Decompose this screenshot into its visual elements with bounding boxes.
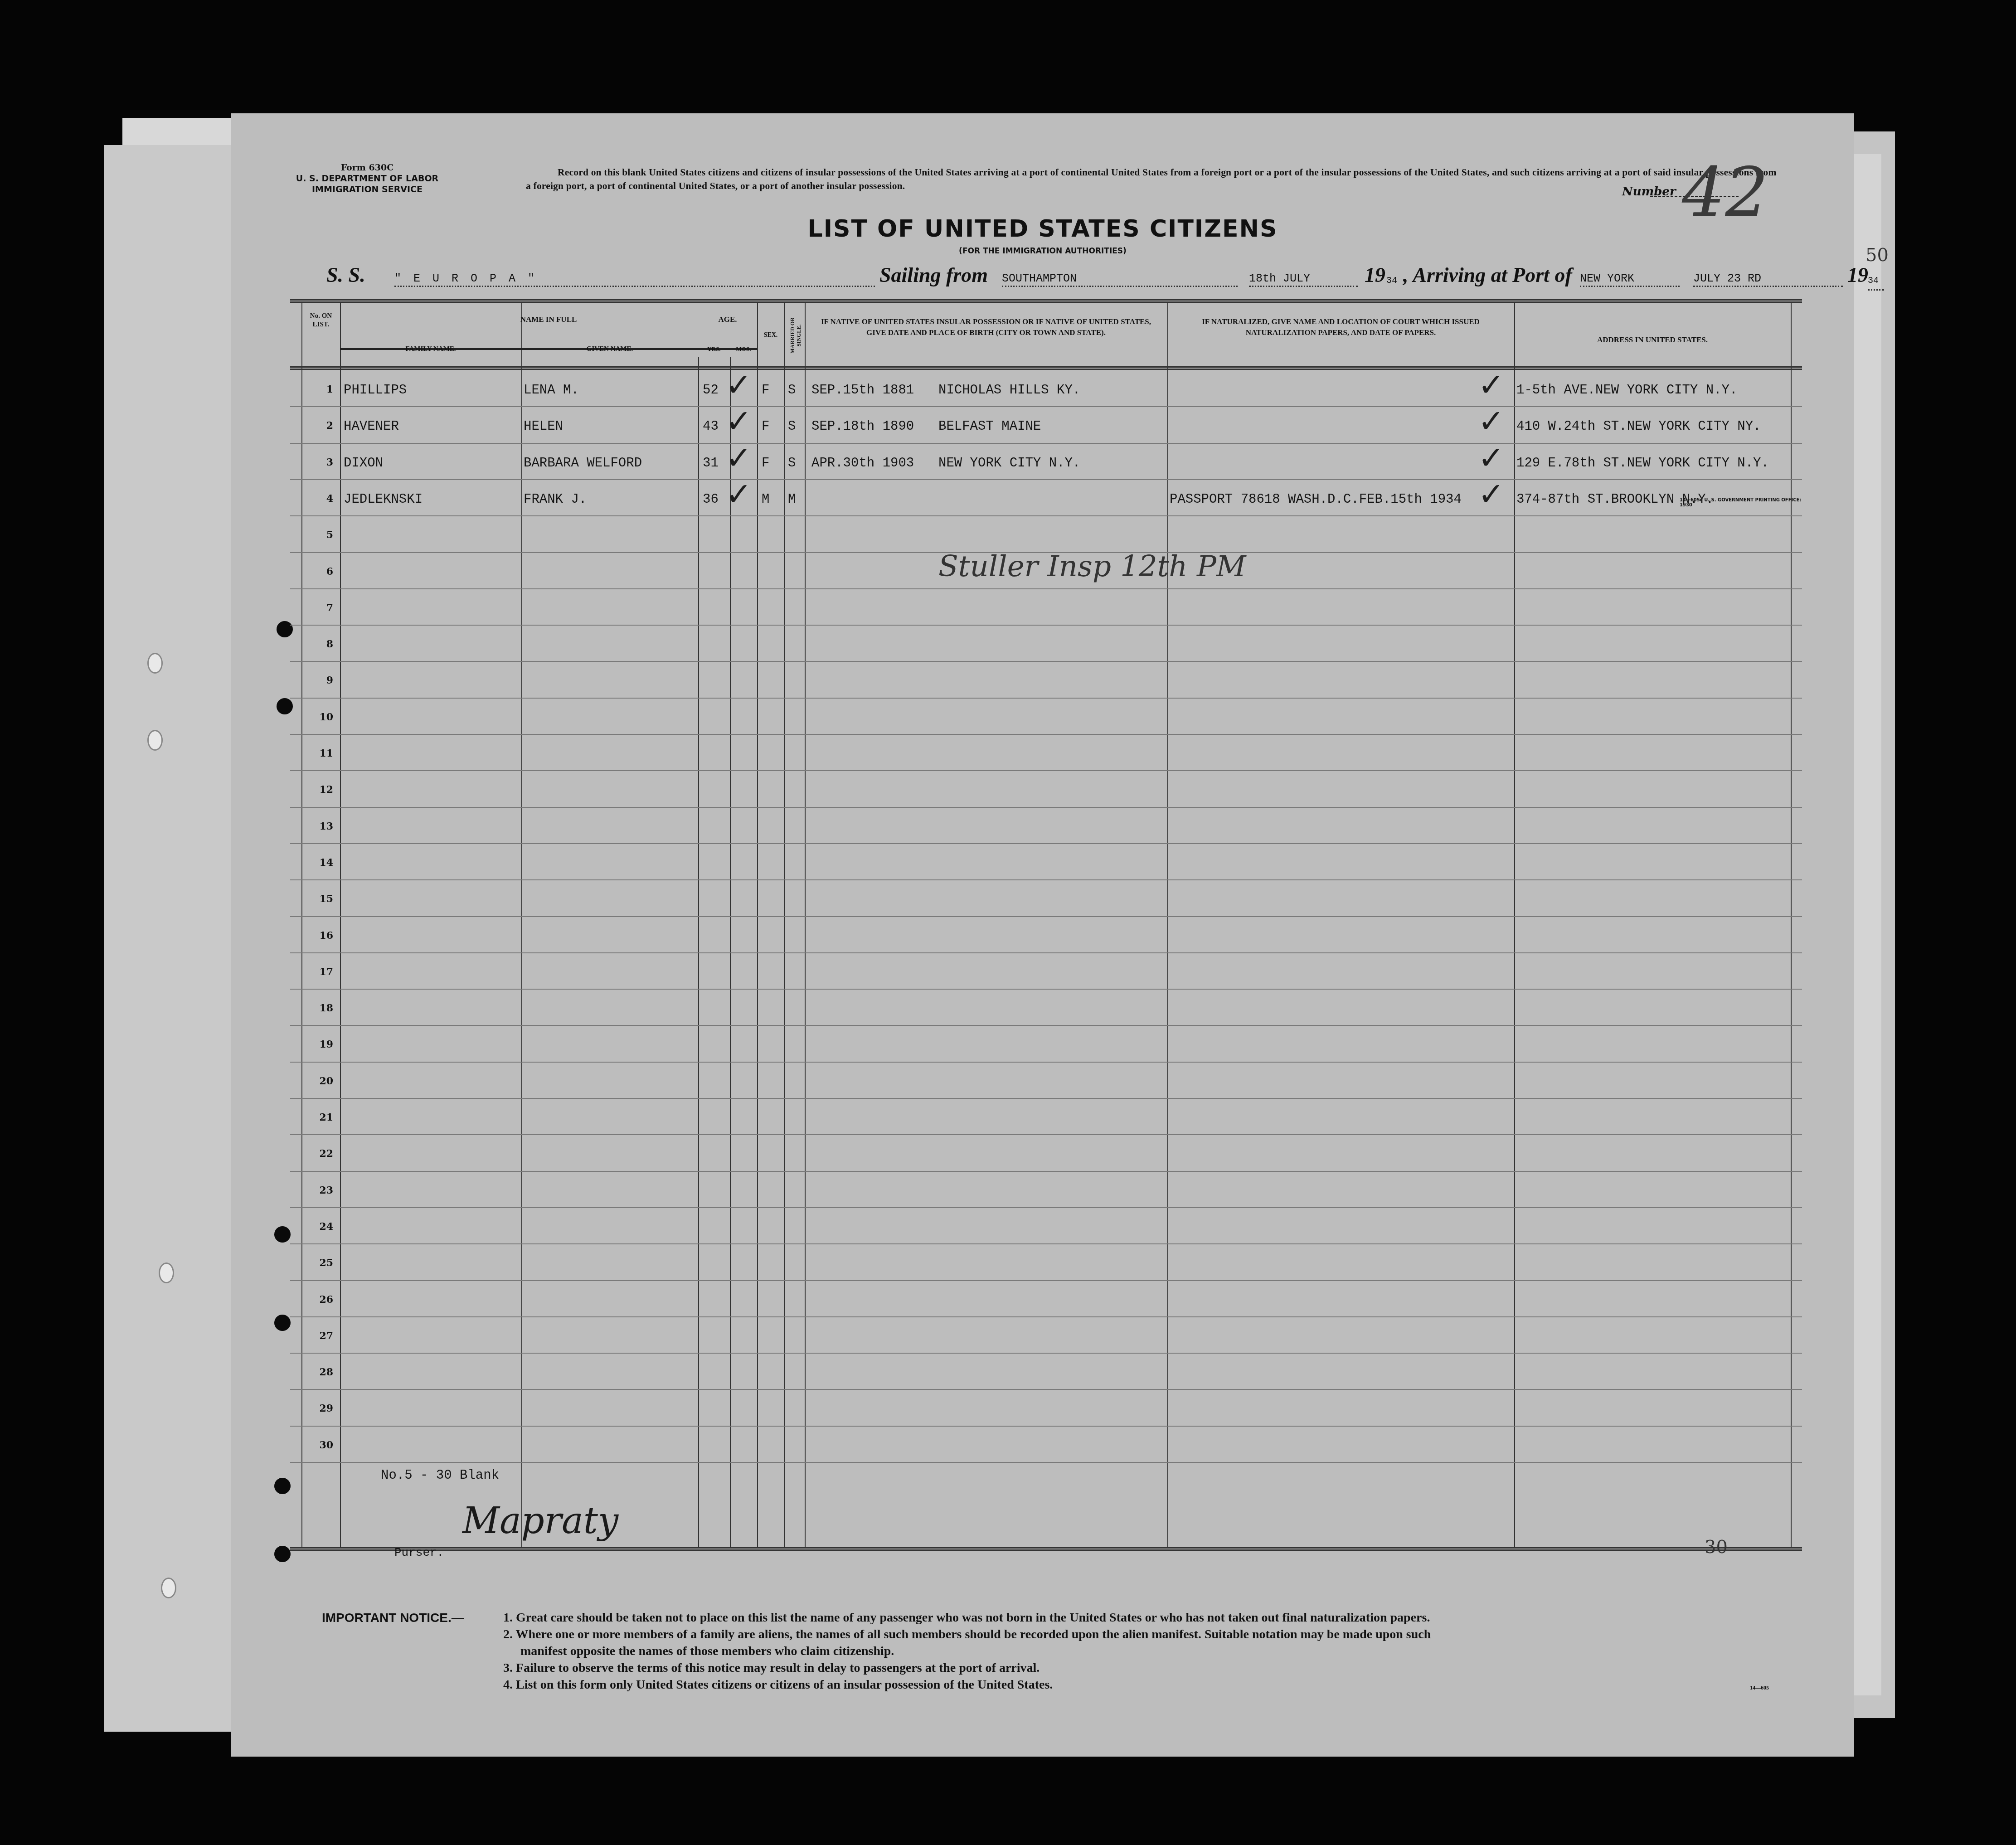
header-bottom-rule [290, 366, 1802, 370]
birth-place-cell: NICHOLAS HILLS KY. [938, 383, 1080, 398]
given-name-cell: BARBARA WELFORD [524, 456, 642, 471]
punch-hole [159, 1262, 174, 1283]
row-rule [290, 443, 1802, 444]
marital-status-cell: S [788, 456, 796, 471]
header-mos: MOS. [730, 344, 757, 354]
header-married-single: MARRIED OR SINGLE. [789, 306, 802, 365]
header-no-on-list: No. ON LIST. [303, 312, 339, 329]
check-mark-icon: ✓ [1478, 369, 1505, 401]
row-number: 8 [306, 638, 333, 650]
check-mark-icon: ✓ [1478, 478, 1505, 510]
header-name-in-full: NAME IN FULL [340, 314, 757, 325]
check-mark-icon: ✓ [1478, 442, 1505, 474]
family-name-cell: DIXON [344, 456, 383, 471]
punch-hole [161, 1578, 176, 1598]
marital-status-cell: M [788, 492, 796, 507]
check-mark-icon: ✓ [725, 478, 752, 510]
address-cell: 410 W.24th ST.NEW YORK CITY NY. [1516, 419, 1761, 434]
row-number: 22 [306, 1148, 333, 1160]
row-number: 20 [306, 1075, 333, 1087]
header-sex: SEX. [757, 330, 784, 341]
row-number: 9 [306, 675, 333, 686]
row-rule [290, 807, 1802, 808]
service-name: IMMIGRATION SERVICE [231, 184, 503, 195]
row-number: 24 [306, 1221, 333, 1233]
row-number: 4 [306, 493, 333, 505]
notice-heading: IMPORTANT NOTICE.— [322, 1609, 464, 1626]
arrival-year: 34 [1868, 276, 1884, 291]
blank-rows-note: No.5 - 30 Blank [381, 1468, 499, 1483]
row-number: 5 [306, 529, 333, 541]
arrival-date-field: JULY 23 RD [1693, 272, 1843, 287]
row-number: 11 [306, 748, 333, 759]
column-rule [1791, 303, 1792, 1547]
row-number: 2 [306, 420, 333, 432]
row-number: 29 [306, 1403, 333, 1414]
column-rule [805, 303, 806, 1547]
row-rule [290, 588, 1802, 589]
row-number: 7 [306, 602, 333, 614]
notice-item-2-continued: manifest opposite the names of those mem… [503, 1643, 1818, 1660]
page-subtitle: (FOR THE IMMIGRATION AUTHORITIES) [231, 247, 1854, 256]
row-number: 14 [306, 857, 333, 869]
age-years-cell: 43 [703, 419, 719, 434]
sex-cell: F [762, 419, 769, 434]
age-years-cell: 36 [703, 492, 719, 507]
sailing-label: Sailing from [879, 263, 988, 287]
row-rule [290, 661, 1802, 662]
ship-name-field: " E U R O P A " [394, 272, 875, 287]
row-rule [290, 1171, 1802, 1172]
row-rule [290, 515, 1802, 516]
sex-cell: F [762, 456, 769, 471]
row-rule [290, 952, 1802, 953]
row-rule [290, 1426, 1802, 1427]
check-mark-icon: ✓ [1478, 405, 1505, 437]
row-rule [290, 479, 1802, 480]
header-given-name: GIVEN NAME. [521, 344, 698, 354]
row-rule [290, 989, 1802, 990]
marital-status-cell: S [788, 419, 796, 434]
form-instructions: Record on this blank United States citiz… [526, 165, 1777, 193]
row-number: 27 [306, 1330, 333, 1342]
punch-hole [147, 730, 163, 751]
row-number: 15 [306, 893, 333, 905]
row-rule [290, 698, 1802, 699]
row-rule [290, 879, 1802, 880]
row-rule [290, 1243, 1802, 1244]
check-mark-icon: ✓ [725, 369, 752, 401]
arrival-port-field: NEW YORK [1580, 272, 1680, 287]
row-number: 16 [306, 930, 333, 942]
header-naturalized: IF NATURALIZED, GIVE NAME AND LOCATION O… [1174, 316, 1507, 338]
row-number: 17 [306, 966, 333, 978]
birth-date-cell: SEP.15th 1881 [811, 383, 914, 398]
row-rule [290, 1062, 1802, 1063]
passenger-table: 14—605c U. S. GOVERNMENT PRINTING OFFICE… [290, 299, 1802, 1551]
notice-item-3: 3. Failure to observe the terms of this … [503, 1660, 1818, 1676]
row-rule [290, 1316, 1802, 1317]
form-identifier: Form 630C U. S. DEPARTMENT OF LABOR IMMI… [231, 162, 503, 195]
given-name-cell: LENA M. [524, 383, 579, 398]
row-number: 10 [306, 711, 333, 723]
row-number: 6 [306, 566, 333, 578]
row-number: 13 [306, 821, 333, 832]
row-rule [290, 1098, 1802, 1099]
form-number: Form 630C [231, 162, 503, 173]
punch-hole [147, 653, 163, 674]
birth-place-cell: BELFAST MAINE [938, 419, 1041, 434]
row-number: 23 [306, 1185, 333, 1196]
department-name: U. S. DEPARTMENT OF LABOR [231, 173, 503, 184]
purser-signature: Mapraty [462, 1500, 618, 1542]
row-rule [290, 843, 1802, 844]
sailing-date-field: 18th JULY [1249, 272, 1358, 287]
naturalization-cell: PASSPORT 78618 WASH.D.C.FEB.15th 1934 [1170, 492, 1462, 507]
header-age: AGE. [698, 314, 757, 325]
row-number: 30 [306, 1439, 333, 1451]
underlying-page [104, 145, 240, 1732]
address-cell: 129 E.78th ST.NEW YORK CITY N.Y. [1516, 456, 1769, 471]
row-number: 18 [306, 1002, 333, 1014]
row-rule [290, 406, 1802, 407]
family-name-cell: JEDLEKNSKI [344, 492, 423, 507]
row-rule [290, 1280, 1802, 1281]
row-rule [290, 1353, 1802, 1354]
page-count-handwritten: 30 [1705, 1537, 1728, 1558]
check-mark-icon: ✓ [725, 442, 752, 474]
notice-item-2: 2. Where one or more members of a family… [503, 1626, 1818, 1643]
voyage-line: S. S. " E U R O P A " Sailing from SOUTH… [231, 258, 1854, 290]
column-rule [1514, 303, 1515, 1547]
header-address: ADDRESS IN UNITED STATES. [1514, 335, 1791, 345]
manifest-sheet: Form 630C U. S. DEPARTMENT OF LABOR IMMI… [231, 113, 1854, 1757]
row-rule [290, 770, 1802, 771]
marital-status-cell: S [788, 383, 796, 398]
punch-hole [274, 1226, 291, 1243]
birth-place-cell: NEW YORK CITY N.Y. [938, 456, 1080, 471]
address-cell: 1-5th AVE.NEW YORK CITY N.Y. [1516, 383, 1737, 398]
row-rule [290, 1134, 1802, 1135]
header-family-name: FAMILY NAME. [340, 344, 521, 354]
row-number: 12 [306, 784, 333, 796]
row-number: 1 [306, 384, 333, 395]
notice-code: 14—605 [1750, 1680, 1769, 1696]
check-mark-icon: ✓ [725, 405, 752, 437]
header-yrs: YRS. [698, 344, 730, 354]
sex-cell: M [762, 492, 769, 507]
address-cell: 374-87th ST.BROOKLYN N.Y. [1516, 492, 1714, 507]
column-rule [784, 303, 785, 1547]
row-rule [290, 1025, 1802, 1026]
birth-date-cell: APR.30th 1903 [811, 456, 914, 471]
column-rule [301, 303, 302, 1547]
column-rule [757, 303, 758, 1547]
given-name-cell: HELEN [524, 419, 563, 434]
year-prefix: 19 [1847, 263, 1868, 287]
sex-cell: F [762, 383, 769, 398]
family-name-cell: PHILLIPS [344, 383, 407, 398]
row-rule [290, 916, 1802, 917]
row-number: 19 [306, 1039, 333, 1050]
row-rule [290, 1462, 1802, 1463]
row-rule [290, 734, 1802, 735]
page-title: LIST OF UNITED STATES CITIZENS [231, 215, 1854, 243]
row-number: 28 [306, 1366, 333, 1378]
column-rule [340, 303, 341, 1547]
punch-hole [274, 1315, 291, 1331]
row-number: 21 [306, 1112, 333, 1123]
sailing-port-field: SOUTHAMPTON [1002, 272, 1238, 287]
inspector-note-handwritten: Stuller Insp 12th PM [938, 550, 1246, 583]
row-number: 26 [306, 1294, 333, 1306]
given-name-cell: FRANK J. [524, 492, 587, 507]
row-number: 3 [306, 456, 333, 468]
header-birth: IF NATIVE OF UNITED STATES INSULAR POSSE… [811, 316, 1161, 338]
ss-label: S. S. [326, 263, 365, 287]
row-rule [290, 1389, 1802, 1390]
row-rule [290, 625, 1802, 626]
arriving-label: , Arriving at Port of [1403, 263, 1572, 287]
punch-hole [274, 1546, 291, 1562]
age-years-cell: 31 [703, 456, 719, 471]
column-rule [521, 303, 522, 1547]
punch-hole [274, 1478, 291, 1494]
notice-item-1: 1. Great care should be taken not to pla… [503, 1609, 1818, 1626]
birth-date-cell: SEP.18th 1890 [811, 419, 914, 434]
arrival-year-overwrite: 50 [1865, 245, 1889, 266]
sailing-year: 34 [1386, 276, 1403, 289]
year-prefix: 19 [1365, 263, 1385, 287]
purser-label: Purser. [394, 1546, 444, 1559]
column-rule [1167, 303, 1168, 1547]
notice-item-4: 4. List on this form only United States … [503, 1676, 1818, 1693]
family-name-cell: HAVENER [344, 419, 399, 434]
row-rule [290, 1207, 1802, 1208]
age-years-cell: 52 [703, 383, 719, 398]
row-number: 25 [306, 1257, 333, 1269]
